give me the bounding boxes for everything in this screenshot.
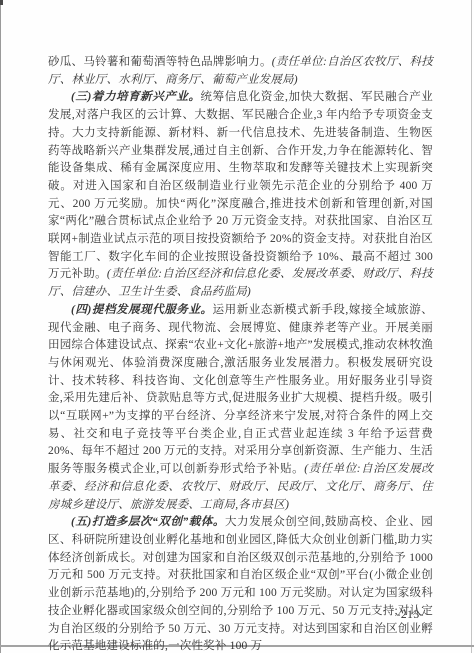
paragraph-section-5: (五)打造多层次“双创”载体。大力发展众创空间,鼓励高校、企业、园区、科研院所建… xyxy=(48,514,433,653)
page-edge-right xyxy=(471,0,472,653)
document-page: 砂瓜、马铃薯和葡萄酒等特色品牌影响力。(责任单位:自治区农牧厅、科技厅、林业厅、… xyxy=(0,0,474,653)
section-heading: (五)打造多层次“双创”载体。 xyxy=(71,516,225,528)
paragraph-text: 统筹信息化资金,加快大数据、军民融合产业发展,对落户我区的云计算、大数据、军民融… xyxy=(48,91,433,280)
paragraph-text: 运用新业态新模式新手段,嫁接全域旅游、现代金融、电子商务、现代物流、会展博览、健… xyxy=(48,304,433,475)
page-number: -213- xyxy=(397,609,424,621)
scan-artifact xyxy=(0,0,3,5)
paragraph-section-3: (三)着力培育新兴产业。统筹信息化资金,加快大数据、军民融合产业发展,对落户我区… xyxy=(48,89,433,301)
paragraph-continuation: 砂瓜、马铃薯和葡萄酒等特色品牌影响力。(责任单位:自治区农牧厅、科技厅、林业厅、… xyxy=(48,54,433,89)
paragraph-section-4: (四)提档发展现代服务业。运用新业态新模式新手段,嫁接全域旅游、现代金融、电子商… xyxy=(48,302,433,514)
document-body: 砂瓜、马铃薯和葡萄酒等特色品牌影响力。(责任单位:自治区农牧厅、科技厅、林业厅、… xyxy=(48,54,433,653)
section-heading: (四)提档发展现代服务业。 xyxy=(71,304,213,316)
paragraph-text: 砂瓜、马铃薯和葡萄酒等特色品牌影响力。 xyxy=(48,56,272,68)
paragraph-text: 大力发展众创空间,鼓励高校、企业、园区、科研院所建设创业孵化基地和创业园区,降低… xyxy=(48,516,433,652)
page-edge-left xyxy=(0,0,1,653)
section-heading: (三)着力培育新兴产业。 xyxy=(71,91,201,103)
